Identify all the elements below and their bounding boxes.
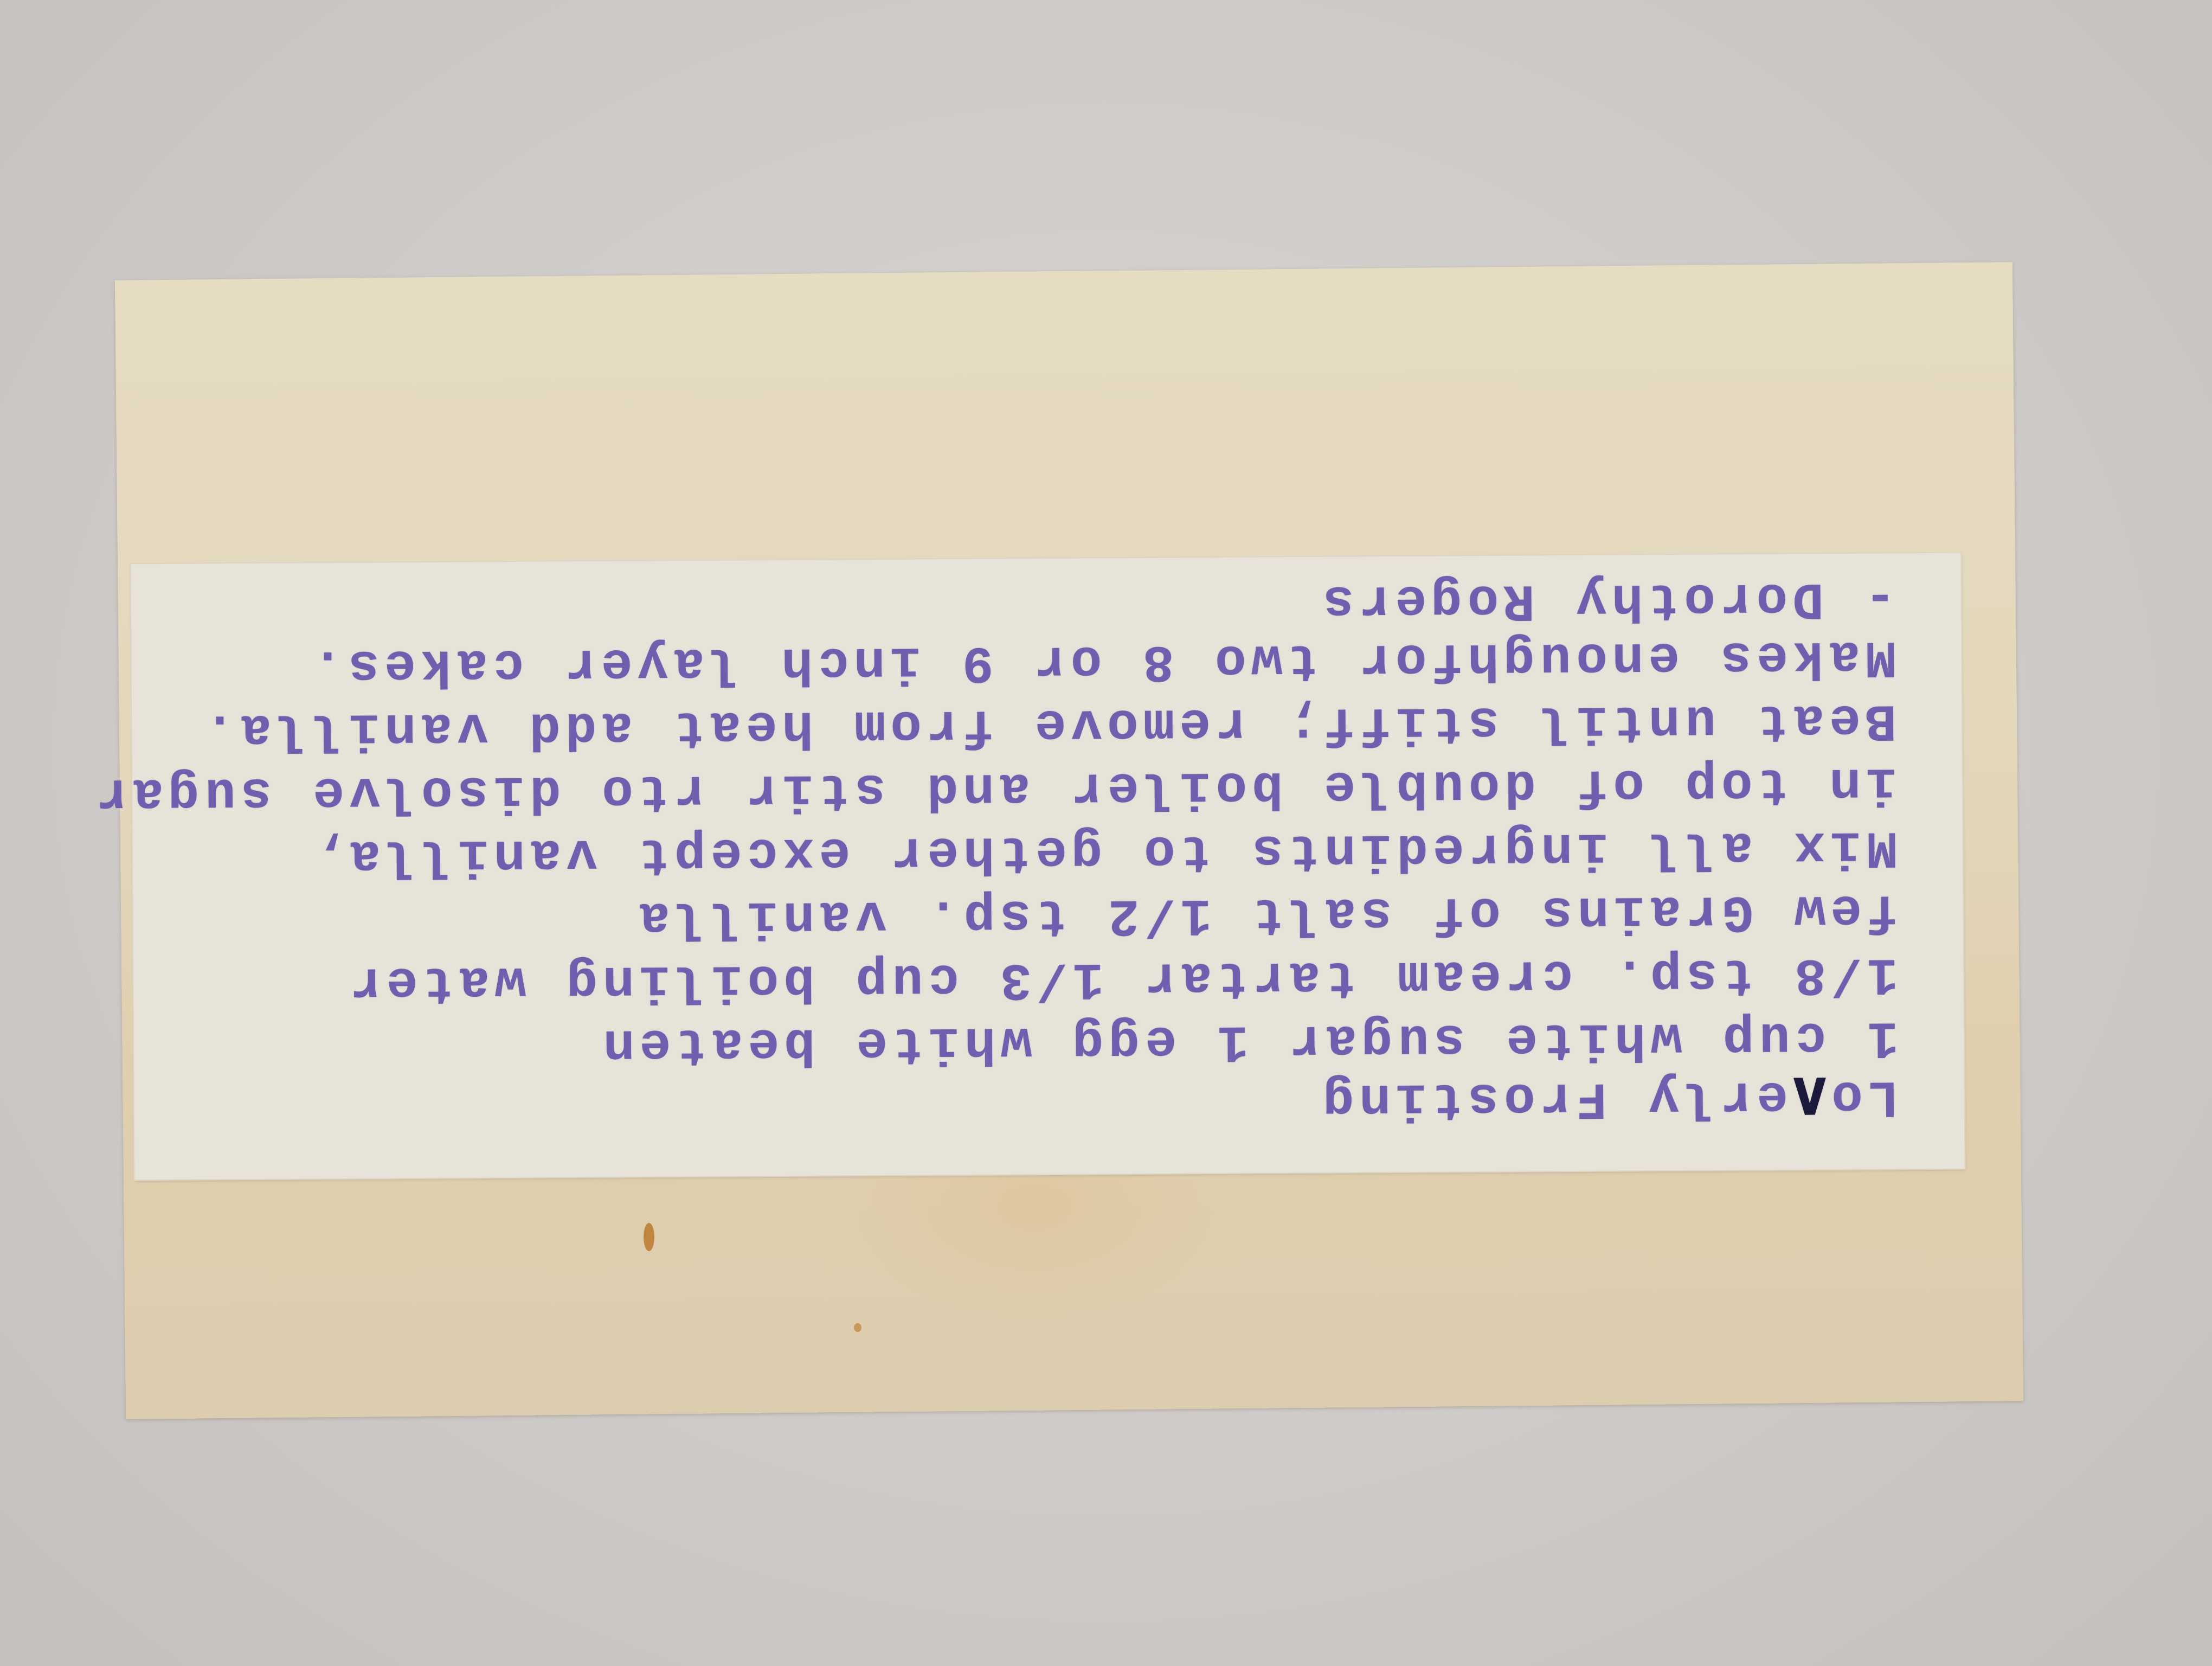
stain-spot (854, 1323, 861, 1332)
recipe-slip: Loʌerly Frosting 1 cup white sugar 1 egg… (131, 553, 1965, 1180)
recipe-line: 1/8 tsp. cream tartar 1/3 cup boiling wa… (345, 947, 1899, 1009)
recipe-line: Mix all ingredints to gether except vani… (308, 821, 1898, 882)
recipe-line: Beat until stiff; remove from heat add v… (200, 694, 1897, 756)
signature: - Dorothy Rogers (1318, 572, 1896, 627)
recipe-title: Loʌerly Frosting (1319, 1070, 1899, 1130)
recipe-line: few Grains of salt 1/2 tsp. vanilla (634, 884, 1898, 944)
recipe-line: Makes enoughfor two 8 or 9 inch layer ca… (307, 630, 1896, 692)
recipe-text: Loʌerly Frosting 1 cup white sugar 1 egg… (131, 553, 1965, 1180)
handwritten-caret: ʌ (1787, 1067, 1827, 1135)
recipe-line: 1 cup white sugar 1 egg white beaten (599, 1011, 1899, 1071)
stain-spot (644, 1223, 654, 1251)
recipe-line: in top of double boiler and stir rto dis… (91, 757, 1897, 820)
